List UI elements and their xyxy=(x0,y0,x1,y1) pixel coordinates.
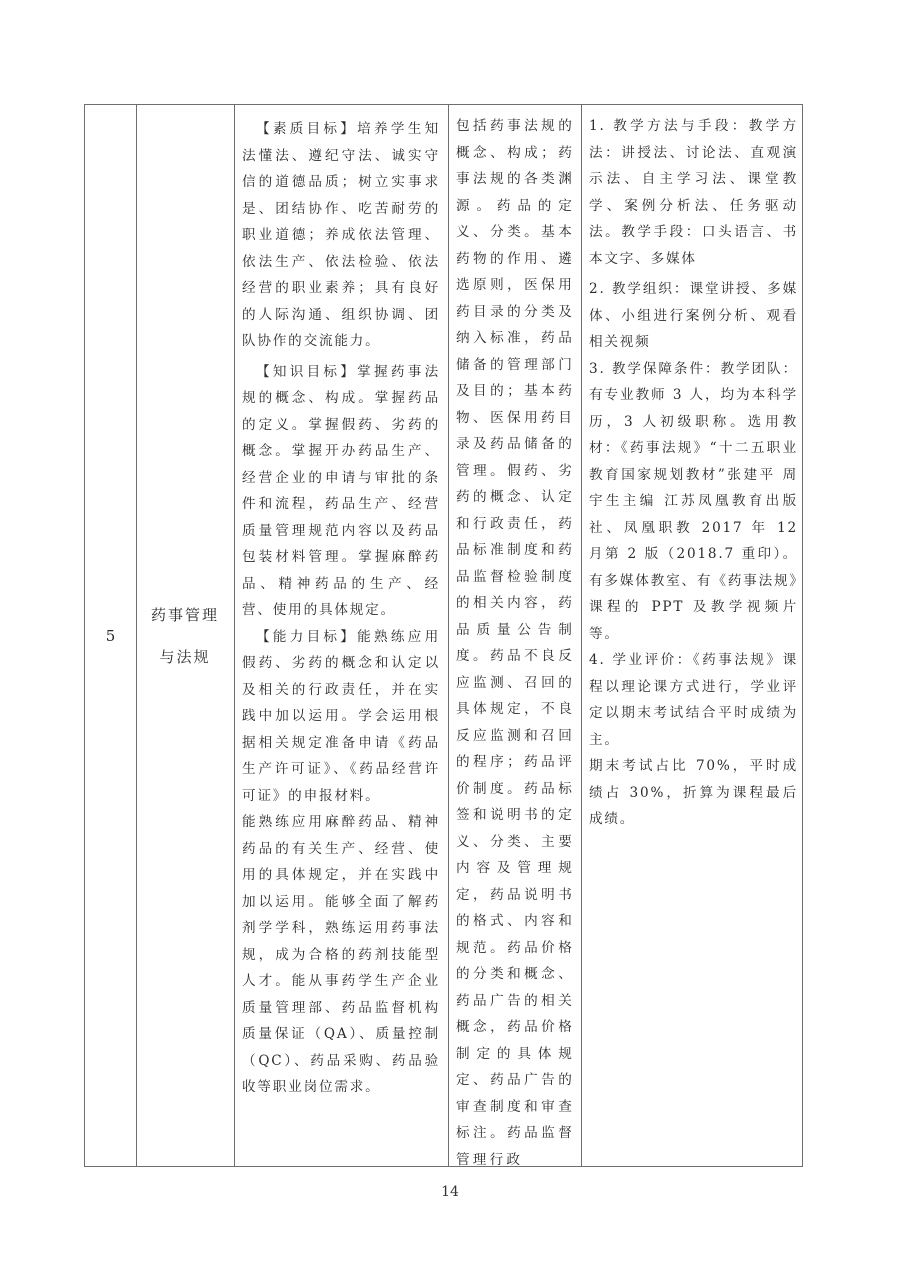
academic-evaluation: 4. 学业评价：《药事法规》课程以理论课方式进行，学业评定以期末考试结合平时成绩… xyxy=(589,647,798,753)
page-number: 14 xyxy=(0,1184,900,1200)
grade-weighting: 期末考试占比 70%，平时成绩占 30%，折算为课程最后成绩。 xyxy=(589,753,798,833)
quality-objective: 【素质目标】培养学生知法懂法、遵纪守法、诚实守信的道德品质；树立实事求是、团结协… xyxy=(242,116,440,355)
ability-objective: 【能力目标】能熟练应用假药、劣药的概念和认定以及相关的行政责任，并在实践中加以运… xyxy=(242,624,440,810)
course-name-cell: 药事管理 与法规 xyxy=(136,105,234,1166)
course-name-line-1: 药事管理 xyxy=(151,594,219,636)
course-table: 5 药事管理 与法规 【素质目标】培养学生知法懂法、遵纪守法、诚实守信的道德品质… xyxy=(84,104,803,1167)
row-number-cell: 5 xyxy=(85,105,136,1166)
teaching-methods: 1. 教学方法与手段：教学方法：讲授法、讨论法、直观演示法、自主学习法、课堂教学… xyxy=(589,113,798,272)
ability-objective-continued: 能熟练应用麻醉药品、精神药品的有关生产、经营、使用的具体规定，并在实践中加以运用… xyxy=(242,809,440,1101)
teaching-organization: 2. 教学组织：课堂讲授、多媒体、小组进行案例分析、观看相关视频 xyxy=(589,276,798,356)
objectives-cell: 【素质目标】培养学生知法懂法、遵纪守法、诚实守信的道德品质；树立实事求是、团结协… xyxy=(234,105,448,1166)
course-content: 包括药事法规的概念、构成；药事法规的各类渊源。药品的定义、分类。基本药物的作用、… xyxy=(456,113,575,1173)
row-number: 5 xyxy=(106,627,116,645)
content-cell: 包括药事法规的概念、构成；药事法规的各类渊源。药品的定义、分类。基本药物的作用、… xyxy=(448,105,581,1166)
teaching-conditions: 3. 教学保障条件：教学团队：有专业教师 3 人，均为本科学历，3 人初级职称。… xyxy=(589,356,798,648)
teaching-cell: 1. 教学方法与手段：教学方法：讲授法、讨论法、直观演示法、自主学习法、课堂教学… xyxy=(581,105,804,1166)
knowledge-objective: 【知识目标】掌握药事法规的概念、构成。掌握药品的定义。掌握假药、劣药的概念。掌握… xyxy=(242,359,440,624)
course-name-line-2: 与法规 xyxy=(159,636,210,678)
